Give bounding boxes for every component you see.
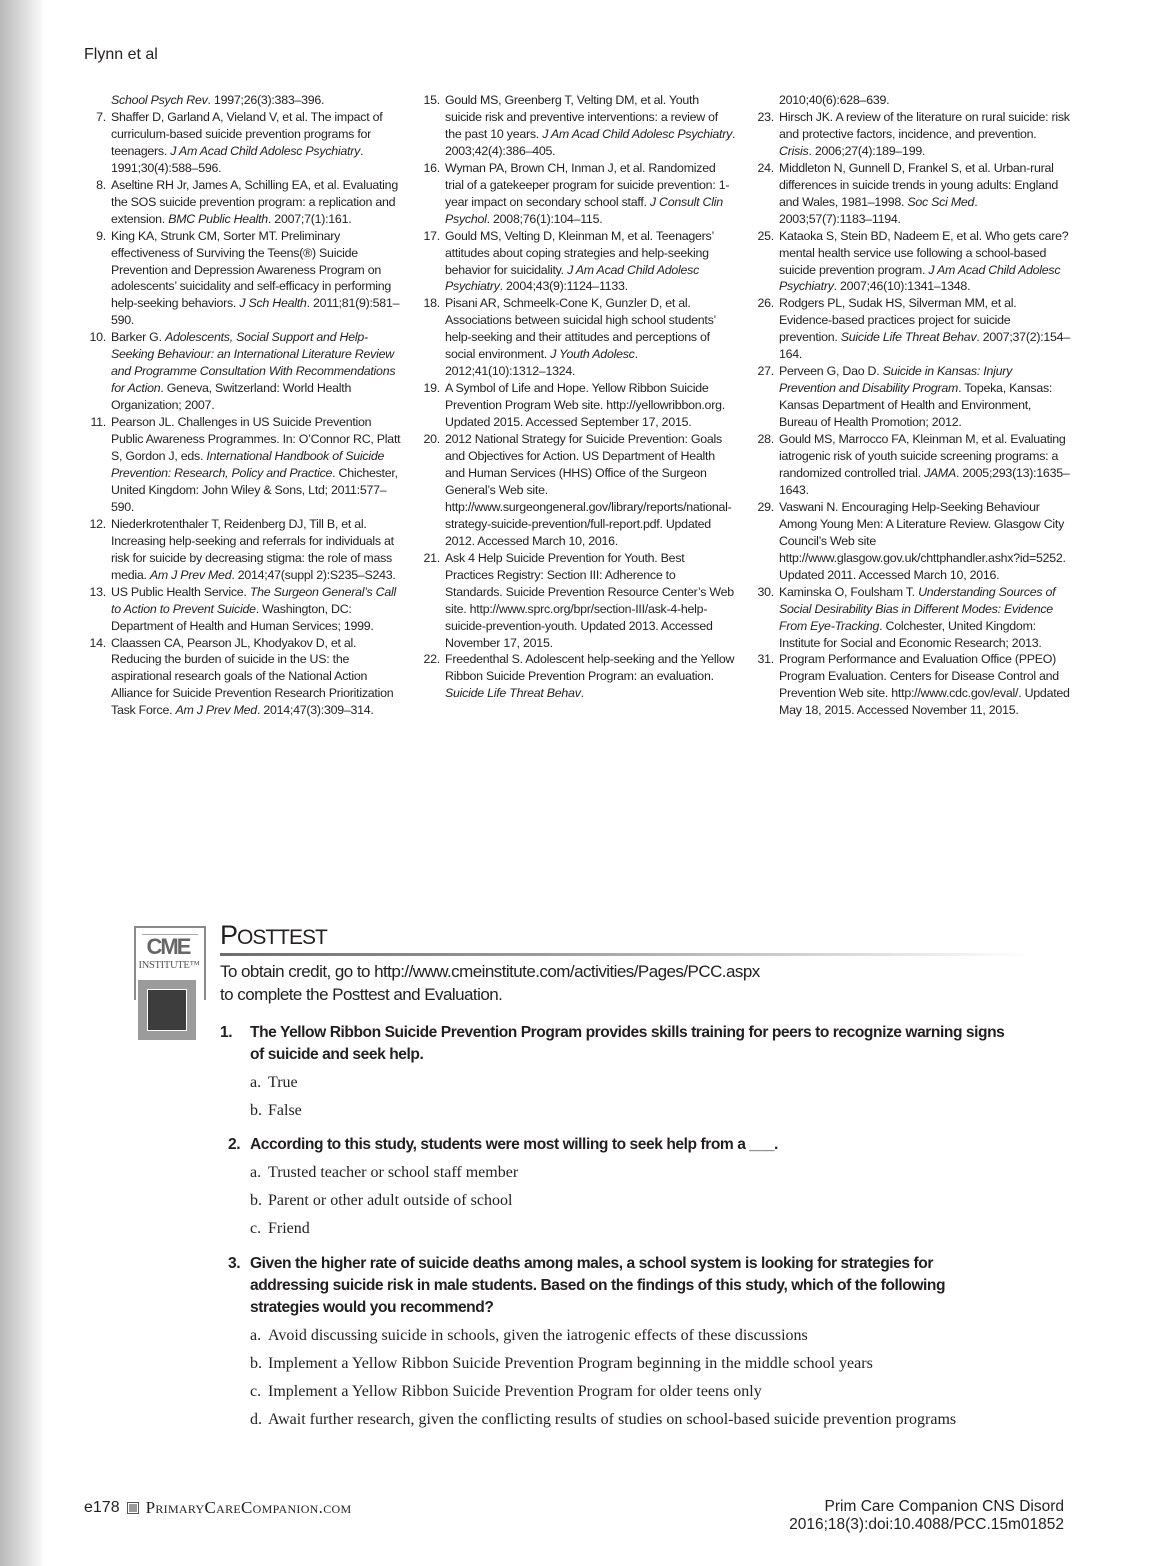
answer-options: a.Avoid discussing suicide in schools, g… bbox=[220, 1325, 1000, 1431]
reference-number: 22. bbox=[418, 651, 440, 668]
references-column-2: 15.Gould MS, Greenberg T, Velting DM, et… bbox=[418, 92, 736, 702]
reference-number: 27. bbox=[752, 363, 774, 380]
running-head: Flynn et al bbox=[84, 46, 158, 64]
page-edge-shadow bbox=[0, 0, 46, 1566]
answer-option-a[interactable]: a.True bbox=[220, 1072, 1020, 1094]
reference-number: 20. bbox=[418, 431, 440, 448]
journal-name: Prim Care Companion CNS Disord bbox=[789, 1498, 1064, 1516]
references-column-3: 2010;40(6):628–639.23.Hirsch JK. A revie… bbox=[752, 92, 1070, 719]
page-number: e178 bbox=[84, 1499, 120, 1517]
question-text: 3.Given the higher rate of suicide death… bbox=[220, 1253, 1000, 1319]
logo-square-icon bbox=[138, 980, 196, 1040]
reference-number: 30. bbox=[752, 584, 774, 601]
question-number: 3. bbox=[228, 1253, 240, 1275]
reference-item: 21.Ask 4 Help Suicide Prevention for You… bbox=[418, 550, 736, 652]
question-1: 1.The Yellow Ribbon Suicide Prevention P… bbox=[220, 1022, 1020, 1128]
answer-option-b[interactable]: b.Implement a Yellow Ribbon Suicide Prev… bbox=[220, 1353, 1000, 1375]
answer-option-d[interactable]: d.Await further research, given the conf… bbox=[220, 1409, 1000, 1431]
reference-number: 24. bbox=[752, 160, 774, 177]
footer-left: e178 PrimaryCareCompanion.com bbox=[84, 1498, 351, 1518]
reference-number: 25. bbox=[752, 228, 774, 245]
reference-item: 31.Program Performance and Evaluation Of… bbox=[752, 651, 1070, 719]
reference-item: 19.A Symbol of Life and Hope. Yellow Rib… bbox=[418, 380, 736, 431]
posttest-title: POSTTEST bbox=[220, 920, 327, 951]
reference-item: 18.Pisani AR, Schmeelk-Cone K, Gunzler D… bbox=[418, 295, 736, 380]
reference-number: 29. bbox=[752, 499, 774, 516]
reference-number: 18. bbox=[418, 295, 440, 312]
reference-item: 29.Vaswani N. Encouraging Help-Seeking B… bbox=[752, 499, 1070, 584]
footer-citation: Prim Care Companion CNS Disord 2016;18(3… bbox=[789, 1498, 1064, 1534]
answer-option-c[interactable]: c.Implement a Yellow Ribbon Suicide Prev… bbox=[220, 1381, 1000, 1403]
reference-number: 26. bbox=[752, 295, 774, 312]
question-text: 2.According to this study, students were… bbox=[220, 1134, 1020, 1156]
reference-item: 17.Gould MS, Velting D, Kleinman M, et a… bbox=[418, 228, 736, 296]
reference-number: 23. bbox=[752, 109, 774, 126]
reference-item: 25.Kataoka S, Stein BD, Nadeem E, et al.… bbox=[752, 228, 1070, 296]
reference-item: 13.US Public Health Service. The Surgeon… bbox=[84, 584, 402, 635]
answer-option-b[interactable]: b.Parent or other adult outside of schoo… bbox=[220, 1190, 1020, 1212]
answer-option-c[interactable]: c.Friend bbox=[220, 1218, 1020, 1240]
reference-number: 15. bbox=[418, 92, 440, 109]
answer-options: a.Trueb.False bbox=[220, 1072, 1020, 1122]
reference-item: 2010;40(6):628–639. bbox=[752, 92, 1070, 109]
reference-item: 22.Freedenthal S. Adolescent help-seekin… bbox=[418, 651, 736, 702]
title-divider bbox=[220, 953, 1030, 956]
answer-options: a.Trusted teacher or school staff member… bbox=[220, 1162, 1020, 1240]
reference-item: 10.Barker G. Adolescents, Social Support… bbox=[84, 329, 402, 414]
reference-item: 14.Claassen CA, Pearson JL, Khodyakov D,… bbox=[84, 635, 402, 720]
reference-number: 28. bbox=[752, 431, 774, 448]
reference-item: 24.Middleton N, Gunnell D, Frankel S, et… bbox=[752, 160, 1070, 228]
square-bullet-icon bbox=[127, 1502, 139, 1514]
answer-option-b[interactable]: b.False bbox=[220, 1100, 1020, 1122]
cme-institute-logo: CME INSTITUTE™ bbox=[132, 924, 208, 1040]
reference-number: 19. bbox=[418, 380, 440, 397]
reference-item: 15.Gould MS, Greenberg T, Velting DM, et… bbox=[418, 92, 736, 160]
reference-number: 14. bbox=[84, 635, 106, 652]
reference-item: 26.Rodgers PL, Sudak HS, Silverman MM, e… bbox=[752, 295, 1070, 363]
reference-item: 11.Pearson JL. Challenges in US Suicide … bbox=[84, 414, 402, 516]
reference-item: 28.Gould MS, Marrocco FA, Kleinman M, et… bbox=[752, 431, 1070, 499]
reference-number: 10. bbox=[84, 329, 106, 346]
logo-cme-text: CME bbox=[138, 936, 198, 958]
doi-citation: 2016;18(3):doi:10.4088/PCC.15m01852 bbox=[789, 1516, 1064, 1534]
reference-item: 7.Shaffer D, Garland A, Vieland V, et al… bbox=[84, 109, 402, 177]
reference-number: 9. bbox=[84, 228, 106, 245]
question-3: 3.Given the higher rate of suicide death… bbox=[220, 1253, 1000, 1437]
logo-institute-text: INSTITUTE™ bbox=[134, 960, 204, 971]
reference-item: 30.Kaminska O, Foulsham T. Understanding… bbox=[752, 584, 1070, 652]
question-2: 2.According to this study, students were… bbox=[220, 1134, 1020, 1246]
journal-site-link[interactable]: PrimaryCareCompanion.com bbox=[146, 1498, 352, 1518]
references-column-1: School Psych Rev. 1997;26(3):383–396.7.S… bbox=[84, 92, 402, 719]
reference-item: 20.2012 National Strategy for Suicide Pr… bbox=[418, 431, 736, 550]
reference-item: 12.Niederkrotenthaler T, Reidenberg DJ, … bbox=[84, 516, 402, 584]
reference-number: 11. bbox=[84, 414, 106, 431]
question-number: 2. bbox=[228, 1134, 240, 1156]
question-text: 1.The Yellow Ribbon Suicide Prevention P… bbox=[220, 1022, 1020, 1066]
reference-number: 17. bbox=[418, 228, 440, 245]
reference-item: 9.King KA, Strunk CM, Sorter MT. Prelimi… bbox=[84, 228, 402, 330]
reference-item: 23.Hirsch JK. A review of the literature… bbox=[752, 109, 1070, 160]
reference-item: 8.Aseltine RH Jr, James A, Schilling EA,… bbox=[84, 177, 402, 228]
reference-number: 21. bbox=[418, 550, 440, 567]
reference-number: 12. bbox=[84, 516, 106, 533]
reference-number: 13. bbox=[84, 584, 106, 601]
reference-item: 27.Perveen G, Dao D. Suicide in Kansas: … bbox=[752, 363, 1070, 431]
question-number: 1. bbox=[220, 1022, 232, 1044]
reference-item: 16.Wyman PA, Brown CH, Inman J, et al. R… bbox=[418, 160, 736, 228]
reference-number: 8. bbox=[84, 177, 106, 194]
answer-option-a[interactable]: a.Trusted teacher or school staff member bbox=[220, 1162, 1020, 1184]
posttest-instructions: To obtain credit, go to http://www.cmein… bbox=[220, 960, 1020, 1006]
reference-number: 7. bbox=[84, 109, 106, 126]
reference-number: 16. bbox=[418, 160, 440, 177]
reference-item: School Psych Rev. 1997;26(3):383–396. bbox=[84, 92, 402, 109]
reference-number: 31. bbox=[752, 651, 774, 668]
answer-option-a[interactable]: a.Avoid discussing suicide in schools, g… bbox=[220, 1325, 1000, 1347]
